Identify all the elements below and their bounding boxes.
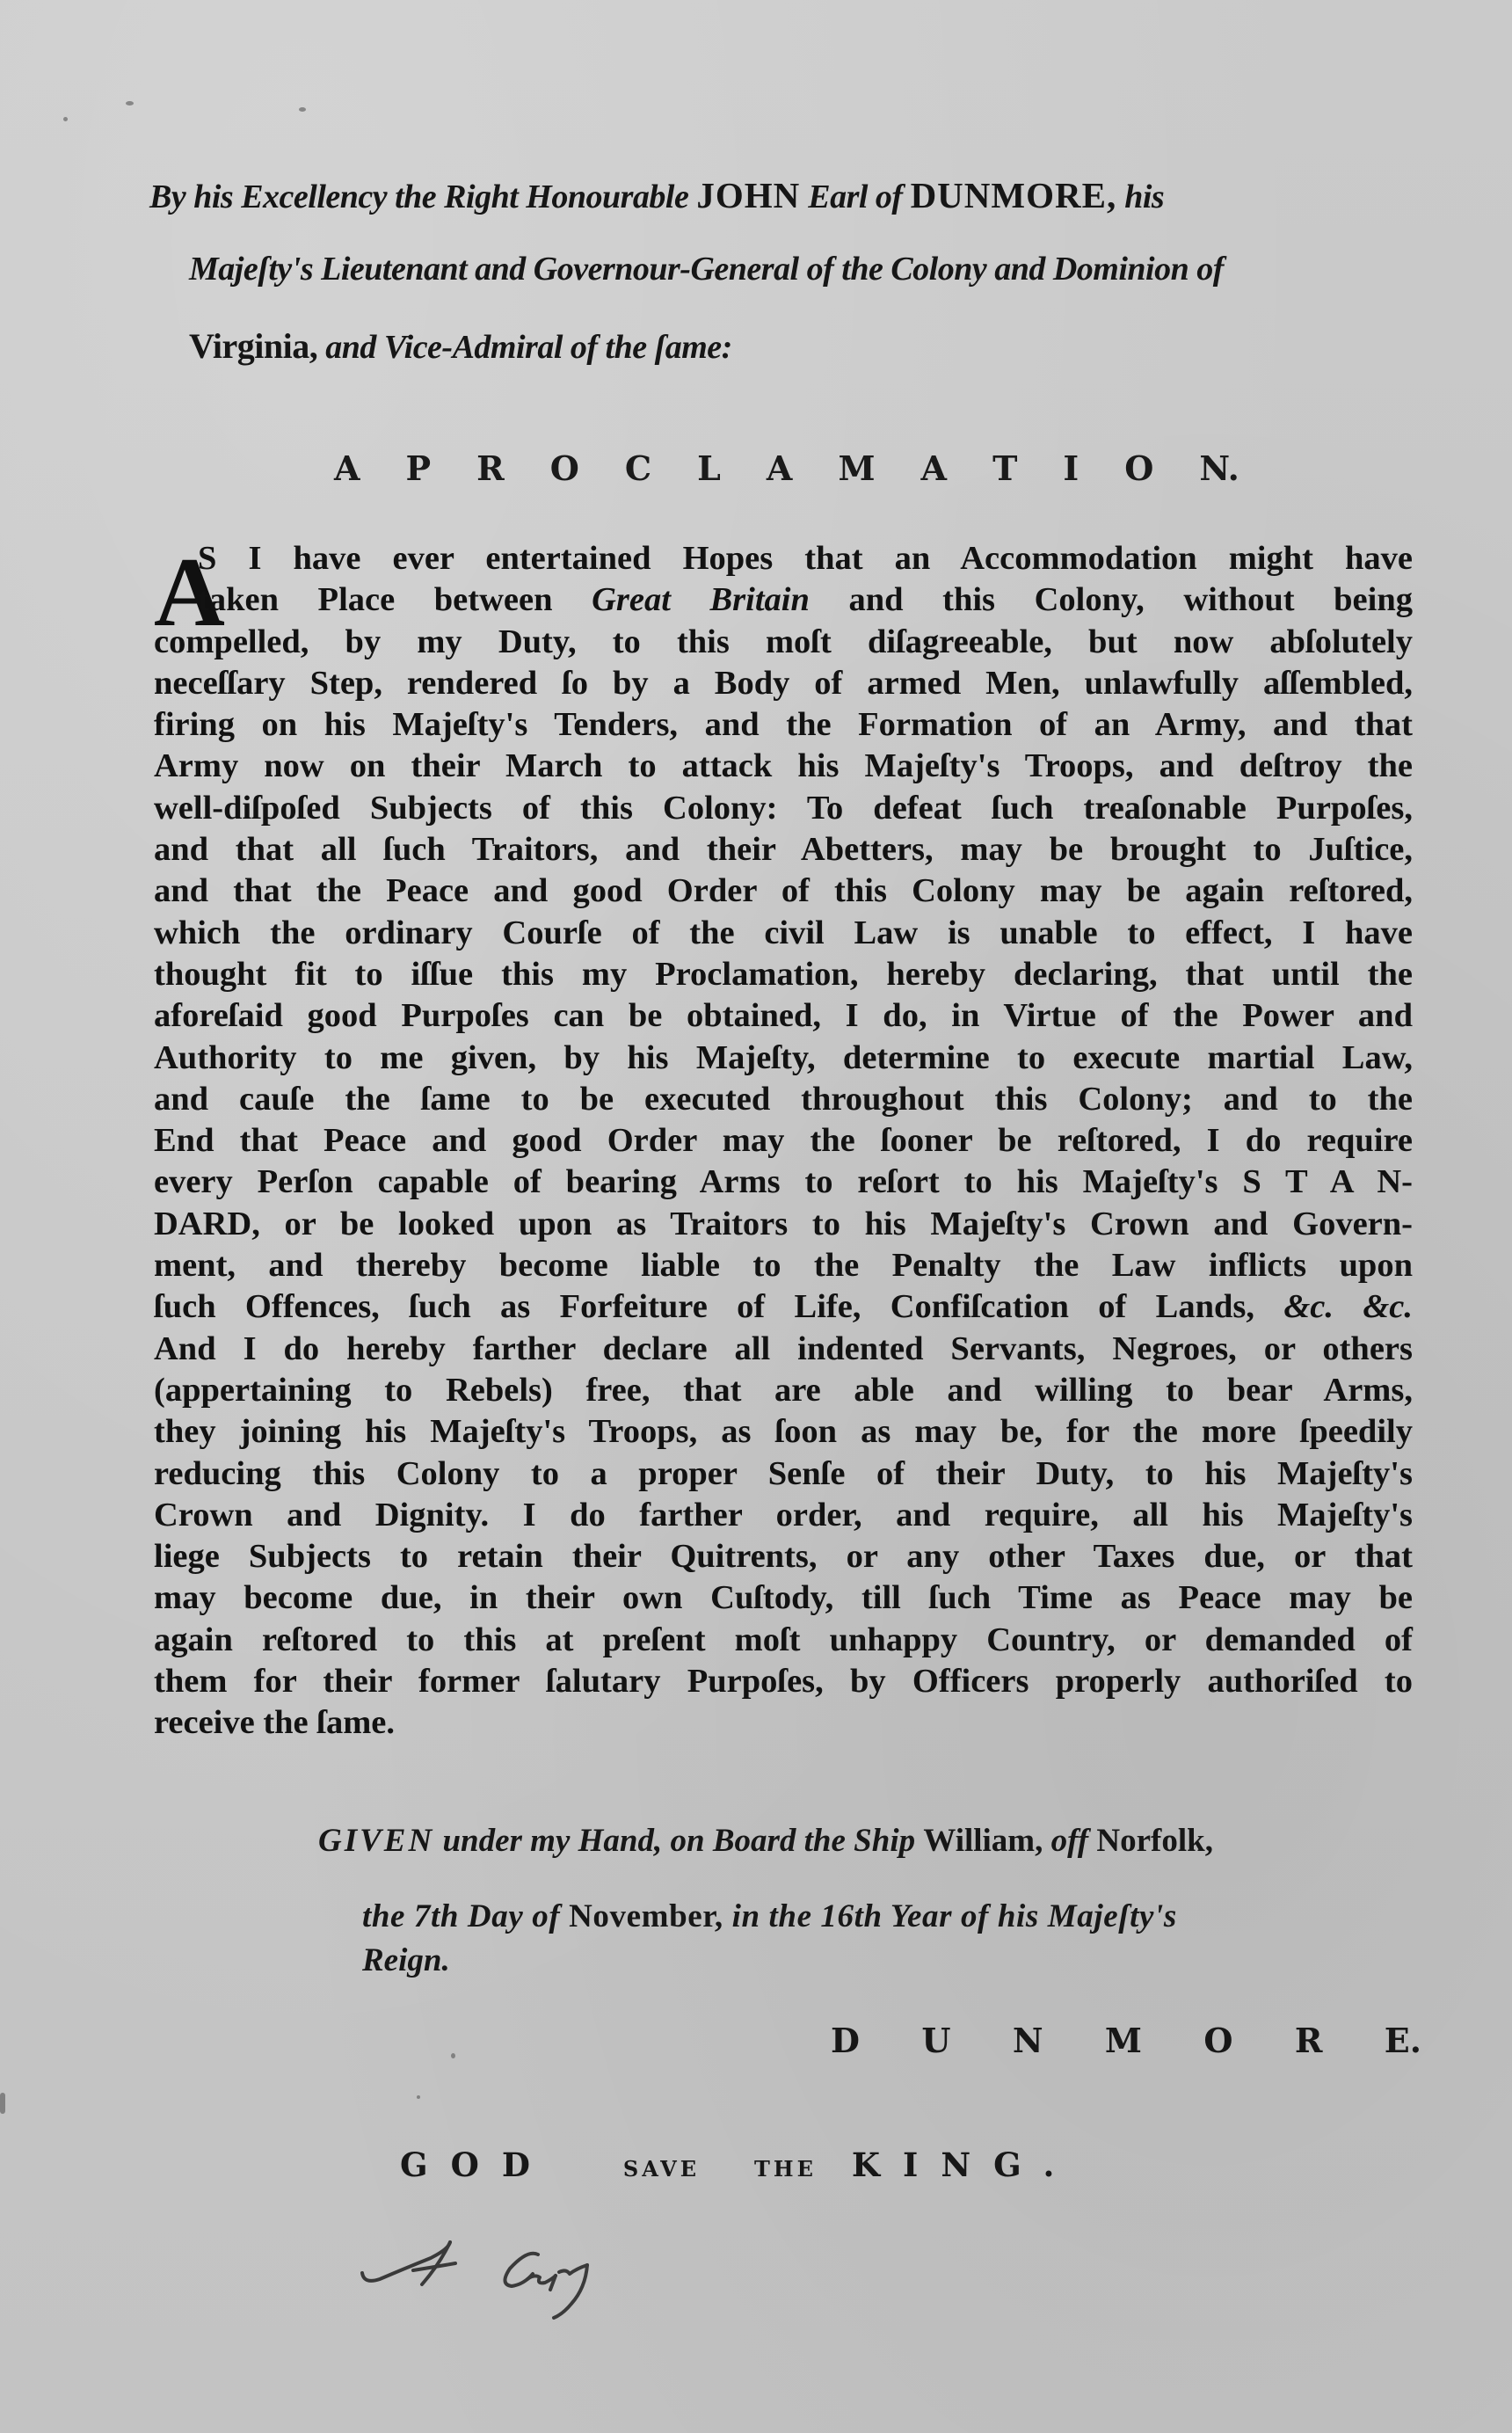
body-line: firing on his Majeſty's Tenders, and the… (154, 704, 1413, 746)
header-line-1: By his Excellency the Right Honourable J… (149, 174, 1164, 216)
header-title: DUNMORE, (911, 175, 1117, 215)
body-line: receive the ſame. (154, 1702, 1413, 1744)
body-line: ſuch Offences, ſuch as Forfeiture of Lif… (154, 1286, 1413, 1328)
title-letter: N. (1199, 448, 1239, 488)
body-line: S I have ever entertained Hopes that an … (154, 538, 1413, 579)
body-line: them for their former ſalutary Purpoſes,… (154, 1661, 1413, 1702)
body-line: again reſtored to this at preſent moſt u… (154, 1620, 1413, 1661)
body-line: well-diſpoſed Subjects of this Colony: T… (154, 788, 1413, 829)
handwritten-note-a-copy: A Copy (352, 2233, 633, 2339)
header-name: JOHN (696, 175, 800, 215)
body-line: Authority to me given, by his Majeſty, d… (154, 1038, 1413, 1079)
header-mid: Earl of (800, 178, 910, 215)
signature-letter: O (1203, 2021, 1232, 2060)
body-line: reducing this Colony to a proper Senſe o… (154, 1453, 1413, 1495)
title-letter: O (550, 448, 579, 488)
place-name: Norfolk, (1096, 1823, 1213, 1859)
month-name: November, (569, 1898, 723, 1934)
header-pre: By his Excellency the Right Honourable (149, 178, 696, 215)
given-line-1: GIVEN under my Hand, on Board the Ship W… (318, 1822, 1213, 1860)
paper-speck (417, 2095, 420, 2099)
given-caps: GIVEN (318, 1823, 434, 1859)
body-line: taken Place between Great Britain and th… (154, 579, 1413, 621)
body-line: DARD, or be looked upon as Traitors to h… (154, 1204, 1413, 1245)
body-line: and that all ſuch Traitors, and their Ab… (154, 829, 1413, 870)
ship-name: William, (923, 1823, 1043, 1859)
body-line: End that Peace and good Order may the ſo… (154, 1120, 1413, 1162)
given-line-2: the 7th Day of November, in the 16th Yea… (362, 1898, 1177, 1935)
body-line: may become due, in their own Cuſtody, ti… (154, 1577, 1413, 1619)
title-letter: A (767, 448, 792, 488)
title-letter: I (1063, 448, 1079, 488)
signature-letter: E. (1385, 2021, 1421, 2060)
god-word: GOD (400, 2145, 553, 2184)
paper-speck (63, 117, 68, 121)
title-letter: O (1124, 448, 1153, 488)
paper-speck (299, 107, 306, 112)
proclamation-title: A P R O C L A M A T I O N. (334, 448, 1239, 488)
title-letter: C (625, 448, 651, 488)
body-line: neceſſary Step, rendered ſo by a Body of… (154, 663, 1413, 704)
signature-letter: D (831, 2021, 860, 2060)
proclamation-page: By his Excellency the Right Honourable J… (0, 0, 1512, 2433)
signature-letter: U (921, 2021, 950, 2060)
body-line: they joining his Majeſty's Troops, as ſo… (154, 1411, 1413, 1453)
body-line: and cauſe the ſame to be executed throug… (154, 1079, 1413, 1120)
body-line: liege Subjects to retain their Quitrents… (154, 1536, 1413, 1577)
paper-speck (0, 2093, 5, 2114)
signature-letter: R (1295, 2021, 1323, 2060)
header-line-2: Majeſty's Lieutenant and Governour-Gener… (189, 250, 1224, 288)
title-letter: A (334, 448, 360, 488)
header-place: Virginia, (189, 326, 317, 366)
given-text: in the 16th Year of his Majeſty's (723, 1898, 1177, 1934)
god-save-the-king: GOD SAVE THE KING. (400, 2145, 1187, 2184)
body-line: and that the Peace and good Order of thi… (154, 870, 1413, 912)
body-line: thought fit to iſſue this my Proclamatio… (154, 954, 1413, 995)
given-text: under my Hand, on Board the Ship (434, 1823, 923, 1859)
title-letter: P (406, 448, 432, 488)
header-line-3: Virginia, and Vice-Admiral of the ſame: (189, 325, 732, 367)
body-line: aforeſaid good Purpoſes can be obtained,… (154, 995, 1413, 1037)
save-word: SAVE (623, 2156, 700, 2182)
body-line: compelled, by my Duty, to this moſt diſa… (154, 622, 1413, 663)
body-line: ment, and thereby become liable to the P… (154, 1245, 1413, 1286)
body-line: every Perſon capable of bearing Arms to … (154, 1162, 1413, 1203)
body-line: (appertaining to Rebels) free, that are … (154, 1370, 1413, 1411)
given-text: the 7th Day of (362, 1898, 569, 1934)
body-line: Crown and Dignity. I do farther order, a… (154, 1495, 1413, 1536)
signature-letter: N (1013, 2021, 1043, 2060)
given-text: off (1043, 1823, 1096, 1859)
body-line: which the ordinary Courſe of the civil L… (154, 913, 1413, 954)
title-letter: L (697, 448, 721, 488)
title-letter: A (921, 448, 947, 488)
body-line: Army now on their March to attack his Ma… (154, 746, 1413, 787)
the-word: THE (754, 2156, 817, 2182)
title-letter: R (476, 448, 505, 488)
paper-speck (451, 2053, 455, 2058)
signature-dunmore: D U N M O R E. (831, 2021, 1421, 2060)
title-letter: M (838, 448, 875, 488)
title-letter: T (992, 448, 1017, 488)
paper-speck (126, 101, 134, 106)
header-line-3-rest: and Vice-Admiral of the ſame: (317, 329, 732, 366)
body-line: And I do hereby farther declare all inde… (154, 1329, 1413, 1370)
king-word: KING. (852, 2145, 1077, 2184)
signature-letter: M (1105, 2021, 1142, 2060)
proclamation-body: S I have ever entertained Hopes that an … (154, 538, 1413, 1745)
header-post: his (1116, 178, 1164, 215)
handwriting-icon (352, 2233, 633, 2339)
given-line-3: Reign. (362, 1941, 450, 1979)
